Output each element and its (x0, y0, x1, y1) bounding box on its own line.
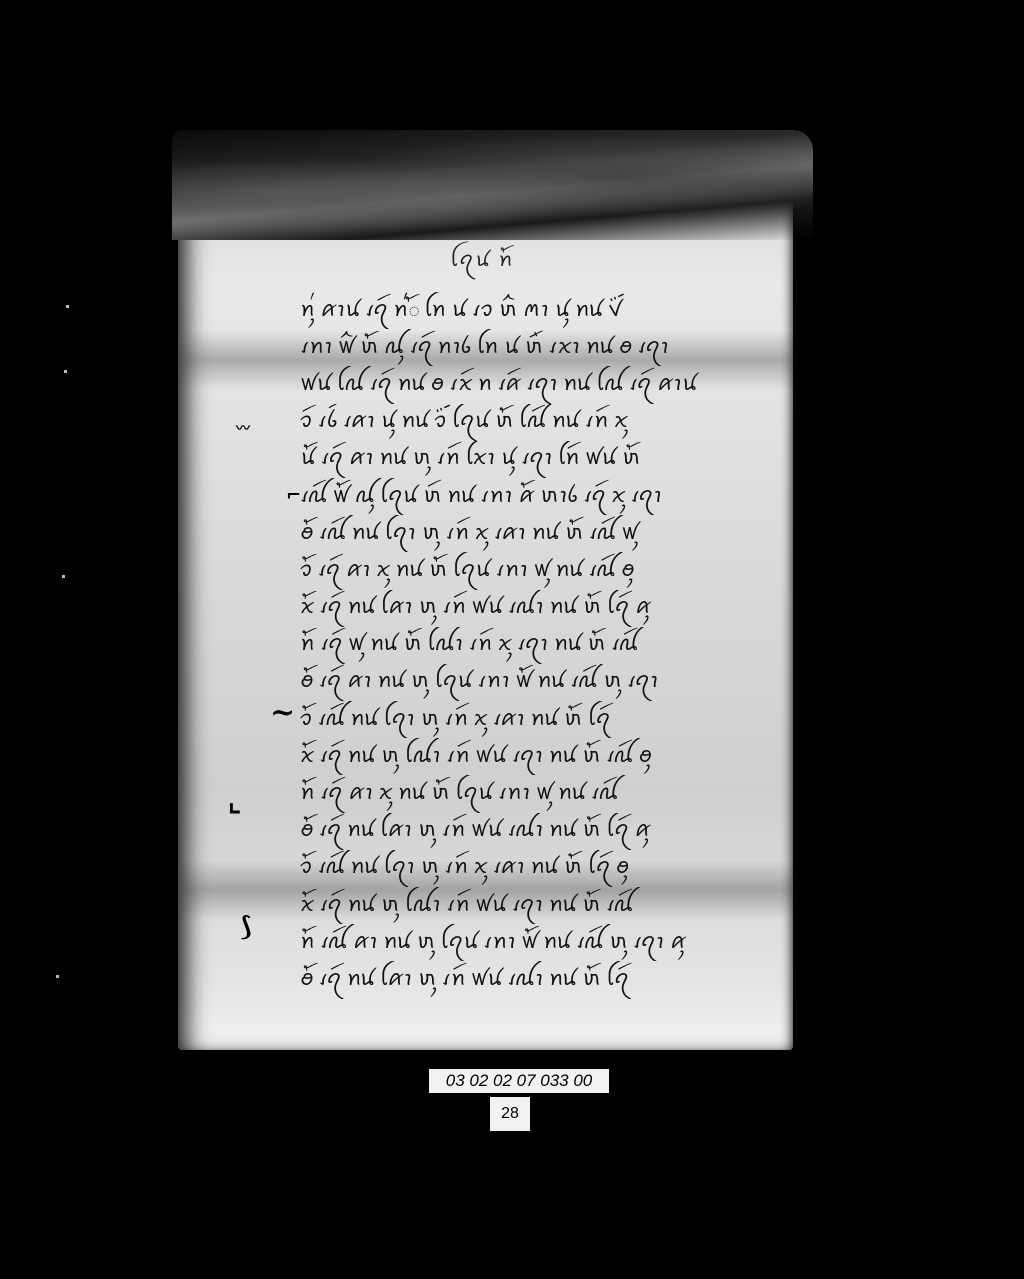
text-line: ꪀꪳ ꪹꪖꪷ ꪁꪱ ꪎꪴ ꪀꪙ ꪬꪳ ꪶꪖꪙ ꪹꪀꪱ ꪝꪴ ꪀꪙ ꪹꪏꪷ (300, 775, 770, 812)
manuscript-page: ꪶꪖꪙ ꪀꪳ ꪀꪴ꪿ ꪁꪱꪙ ꪹꪖꪷ ꪀ꪿ꪳ ꪶꪀ ꪙ ꪹꪫ ꪬꪲ ꪔꪱ ꪙꪴ … (178, 180, 793, 1050)
scan-speck (66, 305, 69, 308)
text-line: ꪎꪳ ꪹꪖꪷ ꪀꪙ ꪶꪁꪱ ꪬꪴ ꪹꪀꪷ ꪝꪙ ꪹꪏꪱ ꪀꪙ ꪬꪳ ꪶꪖꪷ ꪁꪴ (300, 590, 770, 627)
text-line: ꪀꪴ꪿ ꪁꪱꪙ ꪹꪖꪷ ꪀ꪿ꪳ ꪶꪀ ꪙ ꪹꪫ ꪬꪲ ꪔꪱ ꪙꪴ ꪀꪙ ꪚꪾ (300, 292, 770, 329)
margin-mark: ~ (270, 695, 295, 730)
catalog-code-label: 03 02 02 07 033 00 (429, 1069, 609, 1093)
text-line: ꪫꪳ ꪹꪏꪷ ꪀꪙ ꪶꪖꪱ ꪬꪴ ꪹꪀꪷ ꪎꪴ ꪹꪁꪱ ꪀꪙ ꪬꪳ ꪶꪖꪷ (300, 701, 770, 738)
page-heading: ꪶꪖꪙ ꪀꪳ (450, 240, 514, 282)
text-line: ꪀꪳ ꪹꪖꪷ ꪝꪴ ꪀꪙ ꪬꪳ ꪶꪏꪱ ꪹꪀꪷ ꪎꪴ ꪹꪖꪱ ꪀꪙ ꪬꪳ ꪹꪏꪷ (300, 627, 770, 664)
text-line: ꪙꪳ ꪹꪖꪷ ꪁꪱ ꪀꪙ ꪬꪴ ꪹꪀꪷ ꪶꪎꪱ ꪙꪴ ꪹꪖꪱ ꪶꪀꪷ ꪝꪙ ꪬꪳ (300, 441, 770, 478)
text-line: ꪫꪳ ꪹꪏꪷ ꪀꪙ ꪶꪖꪱ ꪬꪴ ꪹꪀꪷ ꪎꪴ ꪹꪁꪱ ꪀꪙ ꪬꪳ ꪶꪖꪷ ꪮꪴ (300, 850, 770, 887)
text-line: ꪎꪳ ꪹꪖꪷ ꪀꪙ ꪬꪴ ꪶꪏꪱ ꪹꪀꪷ ꪝꪙ ꪹꪖꪱ ꪀꪙ ꪬꪳ ꪹꪏꪷ (300, 887, 770, 924)
text-line: ꪮꪳ ꪹꪖꪷ ꪁꪱ ꪀꪙ ꪬꪴ ꪶꪖꪙ ꪹꪀꪱ ꪝꪳ ꪀꪙ ꪹꪏꪷ ꪬꪴ ꪹꪖꪱ (300, 664, 770, 701)
margin-mark: 〰 (236, 418, 250, 438)
margin-mark: ⌐ (286, 485, 301, 506)
text-line: ꪹꪏꪷ ꪝꪳ ꪏꪴ ꪶꪖꪙ ꪬꪷ ꪀꪙ ꪹꪀꪱ ꪁꪳ ꪬꪱꪉ ꪹꪖꪷ ꪎꪴ ꪹꪖ… (300, 478, 770, 515)
text-line: ꪫꪷ ꪹꪉꪷ ꪹꪁꪱ ꪙꪴ ꪀꪙ ꪫꪾ ꪶꪖꪙ ꪬꪳ ꪶꪏꪷ ꪀꪙ ꪹꪀꪷ ꪎꪴ (300, 404, 770, 441)
scan-speck (64, 370, 67, 373)
text-line: ꪮꪳ ꪹꪖꪷ ꪀꪙ ꪶꪁꪱ ꪬꪴ ꪹꪀꪷ ꪝꪙ ꪹꪏꪱ ꪀꪙ ꪬꪳ ꪶꪖꪷ ꪁꪴ (300, 813, 770, 850)
text-line: ꪀꪳ ꪹꪏꪷ ꪁꪱ ꪀꪙ ꪬꪴ ꪶꪖꪙ ꪹꪀꪱ ꪝꪳ ꪀꪙ ꪹꪏꪷ ꪬꪴ ꪹꪖꪱ… (300, 924, 770, 961)
text-line: ꪝꪙ ꪶꪏ ꪹꪖꪷ ꪀꪙ ꪮ ꪹꪎꪷ ꪀ ꪹꪁꪷ ꪹꪖꪱ ꪀꪙ ꪶꪏ ꪹꪖꪷ ꪁ… (300, 366, 770, 403)
scan-speck (56, 975, 59, 978)
text-line: ꪫꪳ ꪹꪖꪷ ꪁꪱ ꪎꪴ ꪀꪙ ꪬꪳ ꪶꪖꪙ ꪹꪀꪱ ꪝꪴ ꪀꪙ ꪹꪏꪷ ꪮꪴ (300, 552, 770, 589)
text-line: ꪹꪀꪱ ꪝꪲ ꪬꪳ ꪏꪴ ꪹꪖꪷ ꪀꪱꪉ ꪶꪀ ꪙ ꪬꪸ ꪹꪎꪱ ꪀꪙ ꪮ ꪹꪖ… (300, 329, 770, 366)
text-line: ꪎꪳ ꪹꪖꪷ ꪀꪙ ꪬꪴ ꪶꪏꪱ ꪹꪀꪷ ꪝꪙ ꪹꪖꪱ ꪀꪙ ꪬꪳ ꪹꪏꪷ ꪮꪴ (300, 738, 770, 775)
margin-mark: ⌞ (228, 785, 241, 818)
text-line: ꪮꪳ ꪹꪖꪷ ꪀꪙ ꪶꪁꪱ ꪬꪴ ꪹꪀꪷ ꪝꪙ ꪹꪏꪱ ꪀꪙ ꪬꪳ ꪶꪖꪷ (300, 961, 770, 998)
manuscript-text-block: ꪀꪴ꪿ ꪁꪱꪙ ꪹꪖꪷ ꪀ꪿ꪳ ꪶꪀ ꪙ ꪹꪫ ꪬꪲ ꪔꪱ ꪙꪴ ꪀꪙ ꪚꪾ ꪹ… (300, 292, 770, 999)
scan-speck (62, 575, 65, 578)
margin-mark: ⟆ (240, 912, 252, 942)
page-number-label: 28 (490, 1097, 530, 1131)
text-line: ꪮꪳ ꪹꪏꪷ ꪀꪙ ꪶꪖꪱ ꪬꪴ ꪹꪀꪷ ꪎꪴ ꪹꪁꪱ ꪀꪙ ꪬꪳ ꪹꪏꪷ ꪝꪴ (300, 515, 770, 552)
